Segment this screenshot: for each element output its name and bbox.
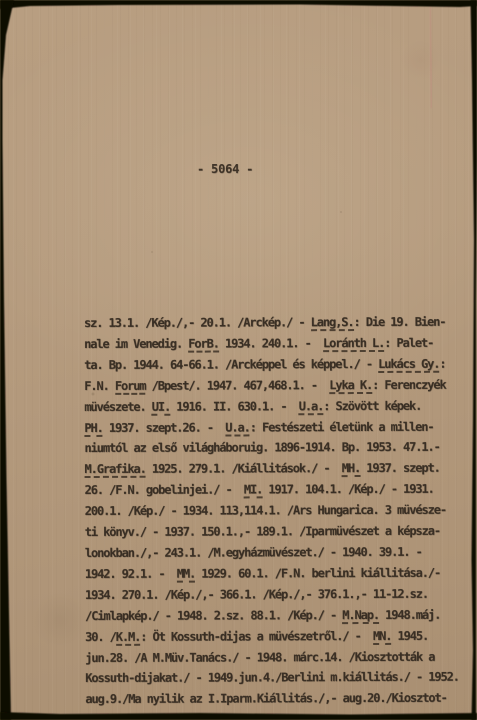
text-line: 30. /K.M.: Öt Kossuth-dijas a müvészetrő…	[85, 625, 465, 647]
text-line: 1942. 92.1. - MM. 1929. 60.1. /F.N. berl…	[85, 563, 465, 585]
underlined-text: K.M.	[116, 629, 141, 645]
underlined-text: Lyka K.	[329, 378, 372, 394]
text-line: jun.28. /A M.Müv.Tanács./ - 1948. márc.1…	[85, 646, 465, 668]
text-line: müvészete. UI. 1916. II. 630.1. - U.a.: …	[84, 395, 464, 417]
text-line: lonokban./,- 243.1. /M.egyházmüvészet./ …	[85, 542, 465, 564]
text-line: 1934. 270.1. /Kép./,- 366.1. /Kép./,- 37…	[85, 583, 465, 605]
text-segment: 1942. 92.1. -	[85, 567, 177, 581]
text-segment: : Szövött képek.	[323, 398, 421, 412]
underlined-text: U.a.	[299, 399, 324, 415]
text-segment: /Cimlapkép./ - 1948. 2.sz. 88.1. /Kép./ …	[85, 608, 342, 623]
text-segment: 200.1. /Kép./ - 1934. 113,114.1. /Ars Hu…	[85, 503, 446, 518]
text-segment: aug.9./Ma nyilik az I.Iparm.Kiállitás./,…	[85, 691, 446, 706]
text-segment: 1916. II. 630.1. -	[170, 399, 299, 413]
text-segment: 30. /	[85, 629, 116, 643]
text-segment: sz. 13.1. /Kép./,- 20.1. /Arckép./ -	[84, 315, 311, 330]
text-segment: müvészete.	[84, 399, 151, 413]
text-segment: 1937. szept.	[360, 461, 440, 475]
text-line: niumtól az első világháboruig. 1896-1914…	[84, 437, 464, 459]
underlined-text: MM.	[177, 566, 195, 582]
text-segment: lonokban./,- 243.1. /M.egyházmüvészet./ …	[85, 545, 422, 560]
underlined-text: M.Nap.	[342, 608, 379, 624]
text-segment: ti könyv./ - 1937. 150.1.,- 189.1. /Ipar…	[85, 524, 440, 539]
text-segment: 1929. 60.1. /F.N. berlini kiállitása./-	[195, 566, 440, 581]
text-block: sz. 13.1. /Kép./,- 20.1. /Arckép./ - Lan…	[84, 312, 465, 711]
underlined-text: M.Grafika.	[85, 462, 146, 478]
text-segment: : Ferenczyék	[372, 377, 446, 391]
paper-crease-line	[430, 0, 432, 108]
right-scan-edge	[471, 0, 477, 720]
text-segment: 1945.	[391, 628, 428, 642]
top-scan-edge	[0, 0, 477, 9]
text-line: nale im Venedig. ForB. 1934. 240.1. - Lo…	[84, 333, 464, 355]
text-line: /Cimlapkép./ - 1948. 2.sz. 88.1. /Kép./ …	[85, 604, 465, 626]
text-segment: niumtól az első világháboruig. 1896-1914…	[84, 440, 439, 455]
underlined-text: MH.	[342, 461, 360, 477]
page-number: - 5064 -	[197, 162, 253, 176]
scanned-page: - 5064 - sz. 13.1. /Kép./,- 20.1. /Arcké…	[0, 0, 477, 720]
text-segment: 26. /F.N. gobelinjei./ -	[85, 483, 244, 498]
underlined-text: U.a.	[225, 420, 250, 436]
text-segment: Kossuth-dijakat./ - 1949.jun.4./Berlini …	[85, 670, 459, 685]
underlined-text: Forum	[115, 379, 146, 395]
underlined-text: ForB.	[188, 336, 219, 352]
underlined-text: MI.	[244, 483, 262, 499]
text-line: ti könyv./ - 1937. 150.1.,- 189.1. /Ipar…	[85, 521, 465, 543]
text-line: aug.9./Ma nyilik az I.Iparm.Kiállitás./,…	[85, 688, 465, 710]
text-line: M.Grafika. 1925. 279.1. /Kiállitások./ -…	[85, 458, 465, 480]
text-segment: ta. Bp. 1944. 64-66.1. /Arcképpel és kép…	[84, 357, 378, 372]
underlined-text: Loránth L.	[323, 336, 384, 352]
underlined-text: MN.	[373, 629, 391, 645]
text-segment: : Palet-	[384, 336, 433, 350]
text-line: sz. 13.1. /Kép./,- 20.1. /Arckép./ - Lan…	[84, 312, 464, 334]
text-line: 200.1. /Kép./ - 1934. 113,114.1. /Ars Hu…	[85, 500, 465, 522]
text-segment: 1934. 270.1. /Kép./,- 366.1. /Kép./,- 37…	[85, 587, 428, 602]
underlined-text: UI.	[152, 399, 170, 415]
text-segment: 1948.máj.	[379, 607, 440, 621]
text-segment: : Öt Kossuth-dijas a müvészetről./ -	[140, 629, 373, 644]
text-line: PH. 1937. szept.26. - U.a.: Festészeti é…	[84, 416, 464, 438]
underlined-text: PH.	[84, 420, 102, 436]
text-segment: 1925. 279.1. /Kiállitások./ -	[146, 461, 342, 476]
text-segment: nale im Venedig.	[84, 337, 188, 351]
text-line: ta. Bp. 1944. 64-66.1. /Arcképpel és kép…	[84, 353, 464, 375]
text-line: Kossuth-dijakat./ - 1949.jun.4./Berlini …	[85, 667, 465, 689]
underlined-text: Lang,S.	[311, 315, 354, 331]
text-segment: 1934. 240.1. -	[219, 336, 323, 350]
text-segment: /Bpest/. 1947. 467,468.1. -	[145, 378, 329, 393]
text-line: F.N. Forum /Bpest/. 1947. 467,468.1. - L…	[84, 374, 464, 396]
text-segment: : Die 19. Bien-	[354, 315, 446, 329]
text-line: 26. /F.N. gobelinjei./ - MI. 1917. 104.1…	[85, 479, 465, 501]
text-segment: 1917. 104.1. /Kép./ - 1931.	[262, 482, 434, 497]
bottom-scan-edge	[0, 712, 477, 720]
text-segment: : Festészeti életünk a millen-	[250, 419, 434, 434]
text-segment: jun.28. /A M.Müv.Tanács./ - 1948. márc.1…	[85, 649, 434, 664]
text-segment: 1937. szept.26. -	[103, 420, 226, 434]
text-segment: F.N.	[84, 379, 115, 393]
left-scan-edge	[0, 0, 14, 720]
underlined-text: Lukács Gy.	[378, 357, 439, 373]
text-segment: :	[439, 357, 445, 371]
